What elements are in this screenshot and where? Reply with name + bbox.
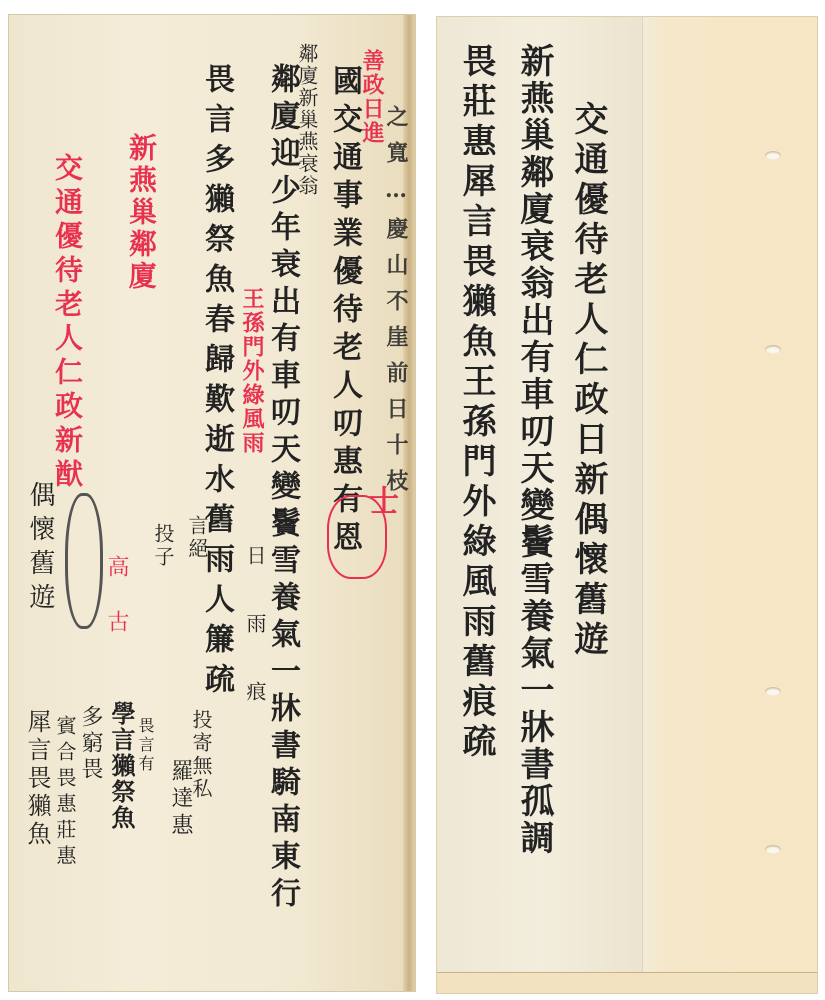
note-yanjue: 言絕 (187, 515, 207, 561)
red-annotation-wangsun: 王孫門外綠風雨 (241, 287, 263, 455)
bottom-paper-band (437, 972, 817, 993)
left-manuscript-page: 之寬…慶山不崖前日十枝 國交通事業優待老人叨惠有恩 善政日進 士 鄰廈新巢燕衰翁… (8, 14, 416, 992)
red-column-xinyan: 新燕巢鄰廈 (127, 133, 155, 293)
bottom-note-5: 犀言畏獺魚 (25, 709, 49, 849)
edge-text-column: 之寬…慶山不崖前日十枝 (385, 105, 407, 505)
bottom-note-1: 畏言有 (137, 717, 153, 774)
poem-column-3: 畏莊惠犀言畏獺魚王孫門外綠風雨舊痕疏 (459, 43, 493, 763)
red-circle-mark (327, 495, 387, 579)
note-signature: 羅達惠 (169, 759, 191, 840)
draft-column-3: 鄰廈迎少年衰出有車叨天變鬢雪養氣一牀書騎南東行 (267, 63, 297, 914)
right-fair-copy-page: 交通優待老人仁政日新偶懷舊遊 新燕巢鄰廈衰翁出有車叨天變鬢雪養氣一牀書孤調 畏莊… (436, 16, 818, 994)
note-ri-yu-hen: 日 雨 痕 (245, 545, 265, 713)
red-annotation-shanzheng: 善政日進 (361, 49, 383, 145)
bottom-note-3: 多窮畏 (79, 705, 101, 783)
red-column-jiaotong: 交通優待老人仁政新猷 (53, 153, 81, 493)
binding-hole (765, 345, 781, 354)
binding-hole (765, 845, 781, 854)
red-note-gao-gu: 高 古 (105, 555, 127, 636)
bottom-note-4: 賓合畏惠莊惠 (55, 715, 75, 871)
binding-hole (765, 151, 781, 160)
poem-column-1: 交通優待老人仁政日新偶懷舊遊 (571, 101, 605, 661)
black-circle-mark (65, 493, 103, 629)
bottom-note-2: 學言獺祭魚 (109, 701, 133, 831)
draft-column-1: 國交通事業優待老人叨惠有恩 (329, 65, 359, 559)
note-touzi: 投子 (153, 523, 173, 569)
note-tou-ji-wu-si: 投寄無私 (191, 709, 211, 801)
poem-column-2: 新燕巢鄰廈衰翁出有車叨天變鬢雪養氣一牀書孤調 (517, 43, 551, 857)
side-note-ouhuai: 偶懷舊遊 (27, 481, 53, 617)
binding-hole (765, 687, 781, 696)
draft-insert-column: 鄰廈新巢燕衰翁 (297, 43, 317, 197)
draft-column-4: 畏言多獺祭魚春歸歎逝水舊雨人簾疏 (201, 63, 231, 703)
